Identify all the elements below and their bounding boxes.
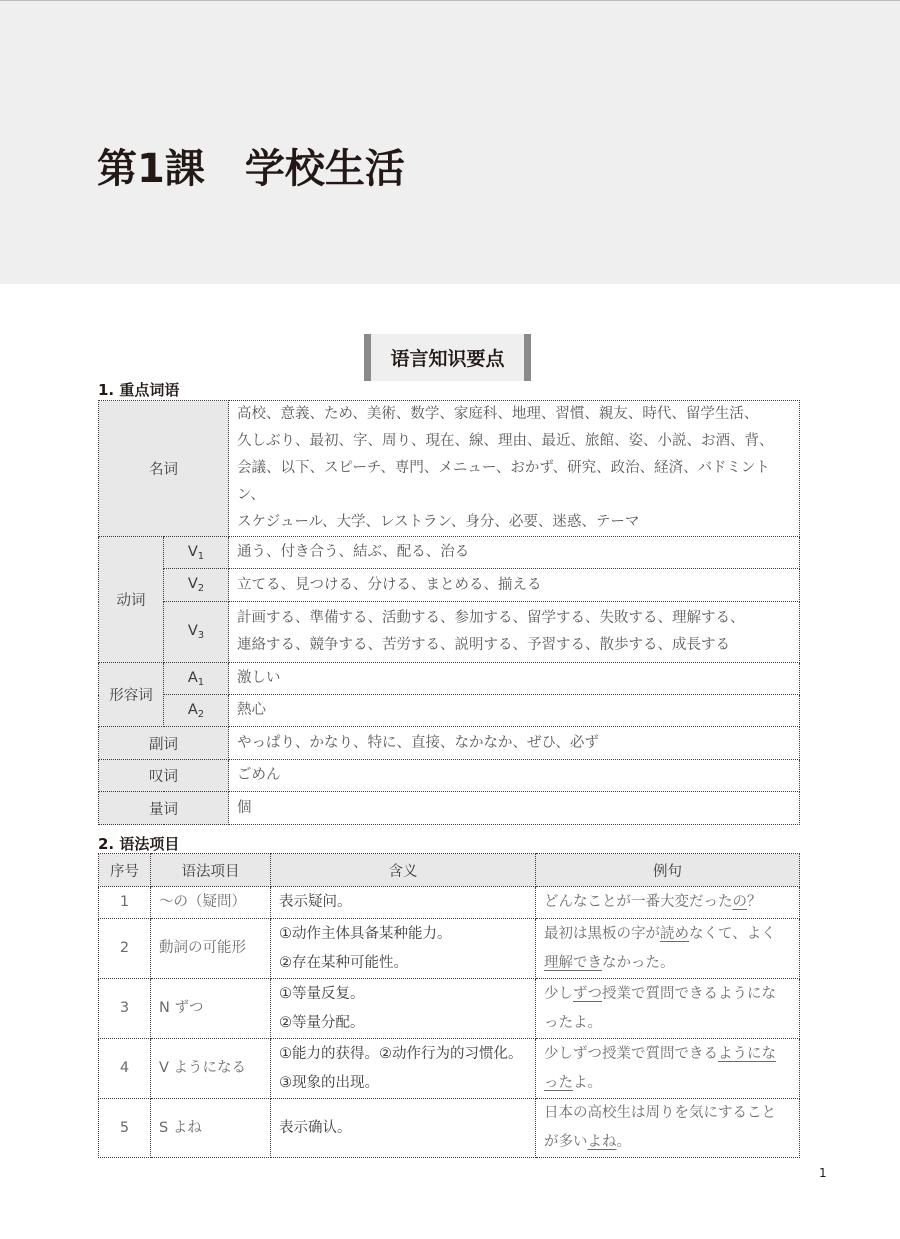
meaning-cell: 表示疑问。	[271, 887, 536, 919]
subcategory-label: V	[188, 576, 198, 592]
word-line: 高校、意義、ため、美術、数学、家庭科、地理、習慣、親友、時代、留学生活、	[237, 401, 791, 428]
example-text: どんなことが一番大変だった	[544, 894, 733, 910]
underlined-grammar-point: った	[544, 1075, 573, 1091]
meaning-cell: 表示确认。	[271, 1099, 536, 1158]
word-list-cell: 立てる、見つける、分ける、まとめる、揃える	[229, 569, 800, 602]
vocabulary-heading: 1. 重点词语	[98, 379, 179, 400]
subcategory-cell: V3	[164, 602, 229, 663]
grammar-item: N ずつ	[151, 979, 271, 1039]
category-cell: 动词	[99, 537, 164, 663]
column-header: 含义	[271, 854, 536, 887]
underlined-grammar-point: の	[733, 894, 748, 910]
category-cell: 量词	[99, 792, 229, 825]
example-text: 少しずつ授業で質問できる	[544, 1046, 718, 1062]
example-line: ったよ。	[544, 1069, 791, 1098]
grammar-item: V ようになる	[151, 1039, 271, 1099]
column-header: 语法项目	[151, 854, 271, 887]
vocab-row-a1: 形容词 A1 激しい	[99, 663, 800, 695]
row-number: 4	[99, 1039, 151, 1099]
lesson-title: 第1課 学校生活	[97, 137, 405, 194]
meaning-line: ②存在某种可能性。	[279, 949, 527, 978]
row-number: 3	[99, 979, 151, 1039]
section-title-box: 语言知识要点	[364, 334, 531, 381]
example-text: なくて、よく	[689, 926, 776, 942]
vocab-row-adverb: 副词 やっぱり、かなり、特に、直接、なかなか、ぜひ、必ず	[99, 727, 800, 760]
word-list-cell: やっぱり、かなり、特に、直接、なかなか、ぜひ、必ず	[229, 727, 800, 760]
grammar-header-row: 序号 语法项目 含义 例句	[99, 854, 800, 887]
example-cell: どんなことが一番大変だったの？	[536, 887, 800, 919]
example-text: 少し	[544, 986, 573, 1002]
vocab-row-interjection: 叹词 ごめん	[99, 760, 800, 792]
vocab-row-a2: A2 熱心	[99, 695, 800, 727]
meaning-cell: ①等量反复。②等量分配。	[271, 979, 536, 1039]
subcategory-subscript: 2	[198, 583, 204, 594]
subcategory-subscript: 3	[198, 630, 204, 641]
vocabulary-table: 名词 高校、意義、ため、美術、数学、家庭科、地理、習慣、親友、時代、留学生活、 …	[98, 400, 800, 825]
example-text: なかった。	[602, 955, 675, 971]
underlined-grammar-point: ようにな	[718, 1046, 776, 1062]
subcategory-label: V	[188, 623, 198, 639]
subcategory-subscript: 1	[198, 551, 204, 562]
word-list-cell: 激しい	[229, 663, 800, 695]
example-line: 少しずつ授業で質問できるようにな	[544, 1040, 791, 1069]
page-number: 1	[819, 1166, 827, 1180]
meaning-cell: ①能力的获得。②动作行为的习惯化。③现象的出现。	[271, 1039, 536, 1099]
word-line: 計画する、準備する、活動する、参加する、留学する、失敗する、理解する、	[237, 605, 791, 632]
grammar-row: 1～の（疑問）表示疑问。どんなことが一番大変だったの？	[99, 887, 800, 919]
meaning-line: ③现象的出现。	[279, 1069, 527, 1098]
underlined-grammar-point: よね	[588, 1134, 617, 1150]
vocab-row-counter: 量词 個	[99, 792, 800, 825]
vocab-row-noun: 名词 高校、意義、ため、美術、数学、家庭科、地理、習慣、親友、時代、留学生活、 …	[99, 401, 800, 537]
word-line: 会議、以下、スピーチ、専門、メニュー、おかず、研究、政治、経済、バドミントン、	[237, 455, 791, 509]
word-list-cell: 熱心	[229, 695, 800, 727]
word-line: 久しぶり、最初、字、周り、現在、線、理由、最近、旅館、姿、小説、お酒、背、	[237, 428, 791, 455]
example-line: 日本の高校生は周りを気にすること	[544, 1099, 791, 1128]
row-number: 5	[99, 1099, 151, 1158]
subcategory-subscript: 1	[198, 677, 204, 688]
meaning-line: 表示疑问。	[279, 888, 527, 917]
example-line: 最初は黒板の字が読めなくて、よく	[544, 920, 791, 949]
category-cell: 名词	[99, 401, 229, 537]
meaning-line: ②等量分配。	[279, 1009, 527, 1038]
vocab-row-v3: V3 計画する、準備する、活動する、参加する、留学する、失敗する、理解する、 連…	[99, 602, 800, 663]
example-text: 授業で質問できるようにな	[602, 986, 776, 1002]
example-text: ？	[747, 894, 762, 910]
meaning-line: ①能力的获得。②动作行为的习惯化。	[279, 1040, 527, 1069]
example-text: 。	[617, 1134, 632, 1150]
example-cell: 少しずつ授業で質問できるようになったよ。	[536, 979, 800, 1039]
subcategory-cell: V2	[164, 569, 229, 602]
subcategory-label: V	[188, 544, 198, 560]
example-cell: 日本の高校生は周りを気にすることが多いよね。	[536, 1099, 800, 1158]
meaning-line: ①动作主体具备某种能力。	[279, 920, 527, 949]
example-text: 最初は黒板の字が	[544, 926, 660, 942]
example-text: が多い	[544, 1134, 588, 1150]
category-cell: 叹词	[99, 760, 229, 792]
chapter-header-band: 第1課 学校生活	[0, 0, 900, 284]
grammar-table: 序号 语法项目 含义 例句 1～の（疑問）表示疑问。どんなことが一番大変だったの…	[98, 853, 800, 1158]
category-cell: 形容词	[99, 663, 164, 727]
example-line: 少しずつ授業で質問できるようにな	[544, 980, 791, 1009]
grammar-item: ～の（疑問）	[151, 887, 271, 919]
subcategory-subscript: 2	[198, 709, 204, 720]
example-cell: 少しずつ授業で質問できるようになったよ。	[536, 1039, 800, 1099]
word-list-cell: 個	[229, 792, 800, 825]
meaning-line: ①等量反复。	[279, 980, 527, 1009]
example-text: 日本の高校生は周りを気にすること	[544, 1105, 776, 1121]
category-cell: 副词	[99, 727, 229, 760]
meaning-line: 表示确认。	[279, 1114, 527, 1143]
column-header: 序号	[99, 854, 151, 887]
word-line: 連絡する、競争する、苦労する、説明する、予習する、散歩する、成長する	[237, 632, 791, 659]
word-list-cell: ごめん	[229, 760, 800, 792]
subcategory-cell: V1	[164, 537, 229, 569]
subcategory-label: A	[188, 702, 198, 718]
grammar-row: 5S よね表示确认。日本の高校生は周りを気にすることが多いよね。	[99, 1099, 800, 1158]
row-number: 2	[99, 919, 151, 979]
underlined-grammar-point: 読め	[660, 926, 689, 942]
example-cell: 最初は黒板の字が読めなくて、よく理解できなかった。	[536, 919, 800, 979]
subcategory-cell: A2	[164, 695, 229, 727]
example-text: ったよ。	[544, 1015, 602, 1031]
example-line: が多いよね。	[544, 1128, 791, 1157]
row-number: 1	[99, 887, 151, 919]
grammar-heading: 2. 语法项目	[98, 833, 179, 854]
word-list-cell: 通う、付き合う、結ぶ、配る、治る	[229, 537, 800, 569]
grammar-row: 4V ようになる①能力的获得。②动作行为的习惯化。③现象的出现。少しずつ授業で質…	[99, 1039, 800, 1099]
grammar-row: 3N ずつ①等量反复。②等量分配。少しずつ授業で質問できるようになったよ。	[99, 979, 800, 1039]
underlined-grammar-point: 理解でき	[544, 955, 602, 971]
grammar-item: 動詞の可能形	[151, 919, 271, 979]
subcategory-label: A	[188, 670, 198, 686]
example-line: どんなことが一番大変だったの？	[544, 888, 791, 917]
vocab-row-v2: V2 立てる、見つける、分ける、まとめる、揃える	[99, 569, 800, 602]
word-list-cell: 高校、意義、ため、美術、数学、家庭科、地理、習慣、親友、時代、留学生活、 久しぶ…	[229, 401, 800, 537]
word-list-cell: 計画する、準備する、活動する、参加する、留学する、失敗する、理解する、 連絡する…	[229, 602, 800, 663]
grammar-item: S よね	[151, 1099, 271, 1158]
word-line: スケジュール、大学、レストラン、身分、必要、迷惑、テーマ	[237, 509, 791, 536]
column-header: 例句	[536, 854, 800, 887]
example-line: 理解できなかった。	[544, 949, 791, 978]
grammar-row: 2動詞の可能形①动作主体具备某种能力。②存在某种可能性。最初は黒板の字が読めなく…	[99, 919, 800, 979]
underlined-grammar-point: ずつ	[573, 986, 602, 1002]
section-title: 语言知识要点	[390, 344, 504, 371]
vocab-row-v1: 动词 V1 通う、付き合う、結ぶ、配る、治る	[99, 537, 800, 569]
meaning-cell: ①动作主体具备某种能力。②存在某种可能性。	[271, 919, 536, 979]
example-line: ったよ。	[544, 1009, 791, 1038]
example-text: よ。	[573, 1075, 602, 1091]
subcategory-cell: A1	[164, 663, 229, 695]
